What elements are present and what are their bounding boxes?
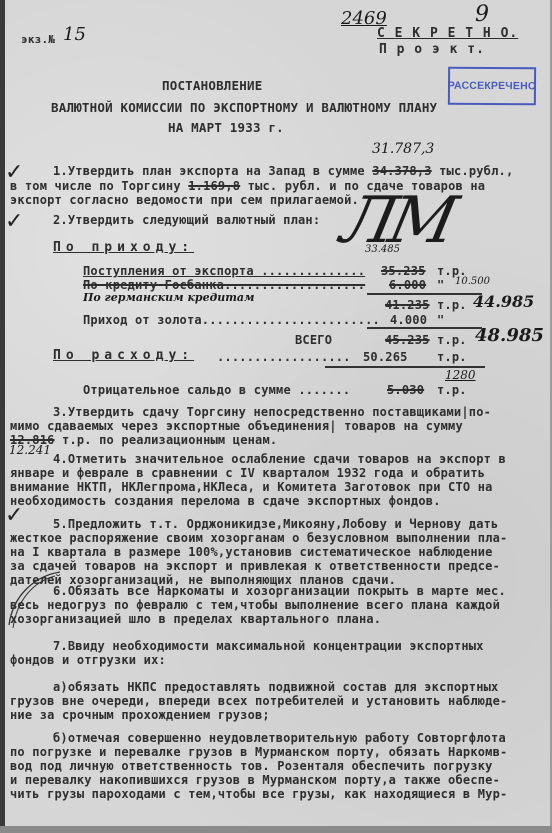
sum-rule xyxy=(367,293,482,295)
total-value: 45.235 xyxy=(385,333,430,347)
item7a-line: ние за срочным прохождением грузов; xyxy=(10,708,270,722)
declassified-stamp: РАССЕКРЕЧЕНО xyxy=(448,67,536,106)
checkmark-icon: ✓ xyxy=(5,209,23,234)
struck-value: 34.378,3 xyxy=(372,164,431,178)
handwritten-credit-value: 10.500 xyxy=(455,276,490,287)
page-number: 9 xyxy=(475,2,489,27)
item7b-line: и перевалку накопившихся грузов в Мурман… xyxy=(10,773,500,787)
income-row-credit-unit: " xyxy=(437,278,444,292)
scan-edge-bottom xyxy=(0,826,552,833)
draft-label: П р о э к т. xyxy=(379,42,485,57)
sum-rule xyxy=(367,327,482,329)
item7a-line: а)обязать НКПС предоставлять подвижной с… xyxy=(53,680,498,694)
item2-line: 2.Утвердить следующий валютный план: xyxy=(53,213,320,227)
item6-line: хозорганизацией шло в пределах квартальн… xyxy=(10,612,381,626)
handwritten-balance: 1280 xyxy=(445,368,476,382)
handwritten-total: 48.985 xyxy=(475,325,544,346)
income-row-gold-value: 4.000 xyxy=(390,313,427,327)
item1-unit: тыс.рубл., xyxy=(439,164,513,178)
balance-label: Отрицательное сальдо в сумме ....... xyxy=(83,383,350,397)
copy-number-handwritten: 15 xyxy=(63,24,86,45)
total-label: ВСЕГО xyxy=(295,333,332,347)
income-heading: По приходу: xyxy=(53,240,194,255)
income-row-credit-value: 6.000 xyxy=(389,278,426,292)
item7-line: 7.Ввиду необходимости максимальной конце… xyxy=(53,639,484,653)
item4-line: январе и феврале в сравнении с IV кварта… xyxy=(10,466,485,480)
handwritten-german-credit-value: 44.985 xyxy=(473,292,534,311)
item5-line: 5.Предложить т.т. Орджоникидзе,Микояну,Л… xyxy=(53,517,498,531)
item3-line1: 3.Утвердить сдачу Торгсину непосредствен… xyxy=(53,405,491,419)
item5-line: жесткое распоряжение своим хозорганам о … xyxy=(10,531,507,545)
income-row-gold-unit: " xyxy=(437,313,444,327)
balance-unit: т.р. xyxy=(437,383,467,397)
item5-line: на I квартала в размере 100%,установив с… xyxy=(10,545,493,559)
document-date: НА МАРТ 1933 г. xyxy=(168,120,284,135)
income-row-german-credit-label: По германским кредитам xyxy=(83,291,254,304)
item3-line2: мимо сдаваемых через экспортные объедине… xyxy=(10,419,463,433)
balance-value: 5.030 xyxy=(387,383,424,397)
torgsin-value: 1.169,8 xyxy=(188,179,240,193)
total-unit: т.р. xyxy=(437,333,467,347)
item1-line3: экспорт согласно ведомости при сем прила… xyxy=(10,193,359,207)
handwritten-export-value: 33.485 xyxy=(365,244,400,255)
document-subtitle: ВАЛЮТНОЙ КОМИССИИ ПО ЭКСПОРТНОМУ И ВАЛЮТ… xyxy=(51,100,437,115)
handwritten-correction: 31.787,3 xyxy=(372,141,434,157)
expense-heading: По расходу: xyxy=(53,348,194,363)
copy-number-label: экз.№ xyxy=(21,33,55,46)
item7a-line: грузов вне очереди, впереди всех потреби… xyxy=(10,694,507,708)
item5-line: за сдачей товаров на экспорт и привлекая… xyxy=(10,559,500,573)
income-row-german-credit-unit: т.р. xyxy=(437,298,467,312)
item3-text: т.р. по реализационным ценам. xyxy=(62,433,277,447)
item6-line: весь недогруз по февралю с тем,чтобы вып… xyxy=(10,598,500,612)
item4-line: необходимость создания перелома в сдаче … xyxy=(10,494,441,508)
expense-dots: .................. xyxy=(217,350,351,364)
item7b-line: чить грузы пароходами с тем,чтобы все гр… xyxy=(10,787,507,801)
document-page: экз.№ 15 2469 9 С Е К Р Е Т Н О. П р о э… xyxy=(5,0,550,826)
item7-line: фондов и отгрузки их: xyxy=(10,653,166,667)
income-row-gold-label: Приход от золота........................ xyxy=(83,313,380,327)
expense-unit: т.р. xyxy=(437,350,467,364)
item1-text: 1.Утвердить план экспорта на Запад в сум… xyxy=(53,164,365,178)
item7b-line: по погрузке и перевалке грузов в Мурманс… xyxy=(10,745,507,759)
checkmark-icon: ✓ xyxy=(5,503,23,528)
income-row-export-label: Поступления от экспорта .............. xyxy=(83,264,365,278)
item6-line: 6.Обязать все Наркоматы и хозорганизации… xyxy=(53,584,506,598)
item1-line1: 1.Утвердить план экспорта на Запад в сум… xyxy=(53,164,513,178)
income-row-credit-label: По кредиту Госбанка................... xyxy=(83,278,365,292)
item7b-line: вод под личную ответственность тов. Розе… xyxy=(10,759,493,773)
income-row-german-credit-value: 41.235 xyxy=(385,298,430,312)
expense-value: 50.265 xyxy=(363,350,408,364)
item4-line: внимание НКТП, НКЛегпрома,НКЛеса, и Коми… xyxy=(10,480,493,494)
item7b-line: б)отмечая совершенно неудовлетворительну… xyxy=(53,731,506,745)
handwritten-torgsin-value: 12.241 xyxy=(9,443,51,457)
document-title: ПОСТАНОВЛЕНИЕ xyxy=(162,78,262,93)
classification-label: С Е К Р Е Т Н О. xyxy=(377,26,518,41)
income-row-export-value: 35.235 xyxy=(381,264,426,278)
stamp-text: РАССЕКРЕЧЕНО xyxy=(448,80,537,93)
item4-line: 4.Отметить значительное ослабление сдачи… xyxy=(53,452,506,466)
item1-text: в том числе по Торгсину xyxy=(10,179,181,193)
